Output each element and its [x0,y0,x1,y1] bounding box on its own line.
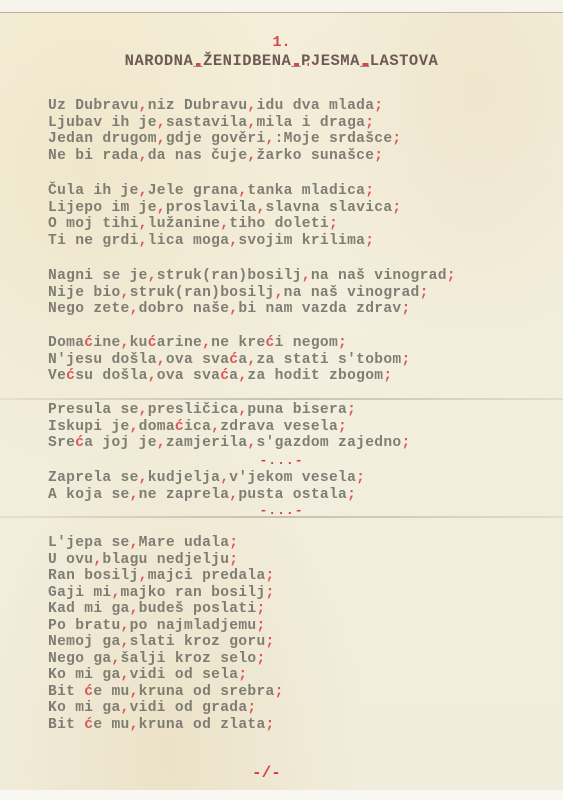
verse-line: O moj tihi,lužanine,tiho doleti; [48,216,401,233]
verse-line: Ran bosilj,majci predala; [48,568,284,585]
verse-line: Ne bi rada,da nas čuje,žarko sunašce; [48,148,401,165]
verse-line: Nego ga,šalji kroz selo; [48,651,284,668]
stanza-separator: -...- [0,453,563,468]
verse-line: Gaji mi,majko ran bosilj; [48,585,284,602]
verse-line: Čula ih je,Jele grana,tanka mladica; [48,183,401,200]
verse-line: Uz Dubravu,niz Dubravu,idu dva mlada; [48,98,401,115]
verse-line: Ti ne grdi,lica moga,svojim krilima; [48,233,401,250]
verse-line: Nego zete,dobro naše,bi nam vazda zdrav; [48,301,456,318]
verse-line: Presula se,presličica,puna bisera; [48,402,411,419]
page-bottom-edge [0,790,563,800]
verse-line: Ko mi ga,vidi od grada; [48,700,284,717]
stanza-5: Presula se,presličica,puna bisera;Iskupi… [48,402,411,452]
verse-line: N'jesu došla,ova svaća,za stati s'tobom; [48,352,411,369]
verse-line: Zaprela se,kudjelja,v'jekom vesela; [48,470,365,487]
verse-line: Domaćine,kućarine,ne kreći negom; [48,335,411,352]
verse-line: Ko mi ga,vidi od sela; [48,667,284,684]
paper-fold-line [0,398,563,400]
stanza-7: L'jepa se,Mare udala;U ovu,blagu nedjelj… [48,535,284,733]
stanza-6: Zaprela se,kudjelja,v'jekom vesela;A koj… [48,470,365,503]
verse-line: Nagni se je,struk(ran)bosilj,na naš vino… [48,268,456,285]
verse-line: Jedan drugom,gdje gověri,:Moje srdašce; [48,131,401,148]
verse-line: A koja se,ne zaprela,pusta ostala; [48,487,365,504]
stanza-2: Čula ih je,Jele grana,tanka mladica;Lije… [48,183,401,249]
verse-line: L'jepa se,Mare udala; [48,535,284,552]
stanza-separator: -...- [0,503,563,518]
verse-line: Iskupi je,domaćica,zdrava vesela; [48,419,411,436]
verse-line: Ljubav ih je,sastavila,mila i draga; [48,115,401,132]
verse-line: Nije bio,struk(ran)bosilj,na naš vinogra… [48,285,456,302]
verse-line: Lijepo im je,proslavila,slavna slavica; [48,200,401,217]
verse-line: Kad mi ga,budeš poslati; [48,601,284,618]
stanza-1: Uz Dubravu,niz Dubravu,idu dva mlada;Lju… [48,98,401,164]
verse-line: Bit će mu,kruna od zlata; [48,717,284,734]
verse-line: Sreća joj je,zamjerila,s'gazdom zajedno; [48,435,411,452]
verse-line: Bit će mu,kruna od srebra; [48,684,284,701]
verse-line: U ovu,blagu nedjelju; [48,552,284,569]
song-number: 1. [0,34,563,51]
verse-line: Nemoj ga,slati kroz goru; [48,634,284,651]
stanza-3: Nagni se je,struk(ran)bosilj,na naš vino… [48,268,456,318]
verse-line: Po bratu,po najmladjemu; [48,618,284,635]
song-title: NARODNA_ŽENIDBENA_PJESMA_LASTOVA [0,52,563,70]
stanza-4: Domaćine,kućarine,ne kreći negom;N'jesu … [48,335,411,385]
verse-line: Većsu došla,ova svaća,za hodit zbogom; [48,368,411,385]
end-mark: -/- [252,764,281,782]
